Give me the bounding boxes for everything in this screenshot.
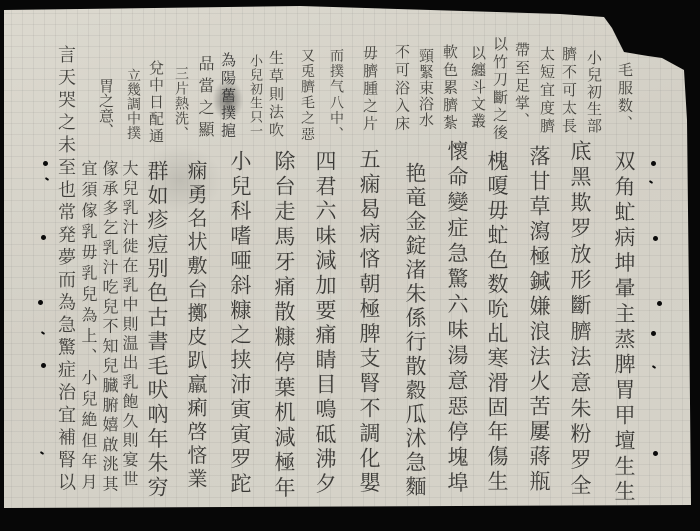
binding-hole xyxy=(41,363,46,368)
top-note: 臍不可太長 xyxy=(558,46,576,136)
top-note: 三片熱洗、 xyxy=(170,66,188,141)
binding-hole xyxy=(38,300,43,305)
text-column: 落甘草瀉極鍼嫌浪法火苦屢蔣瓶 xyxy=(525,145,549,495)
text-column: 懷命變症急驚六味湯意惡停塊埠 xyxy=(443,140,467,497)
text-column-left: 傢承多乞乳汁吃兒不知兒臓腑嬉啟洮其 xyxy=(99,160,117,495)
binding-hole xyxy=(43,161,48,166)
text-column: 四君六味減加要痛睛目鳴砥沸夕 xyxy=(311,150,335,497)
top-note: 胃之意、 xyxy=(95,78,113,138)
top-note: 立幾調中撲 xyxy=(122,68,140,140)
top-note: 品當之顯 xyxy=(195,55,213,143)
top-note: 毋臍腫之片 xyxy=(359,45,377,133)
text-column: 小兒科嗜唖斜糠之挟沛寅寅罗跎 xyxy=(226,150,250,497)
text-column: 底黑欺罗放形斷臍法意朱粉罗全 xyxy=(566,140,590,500)
top-note: 太短宜度臍 xyxy=(536,46,554,136)
top-note: 生草則法吹 xyxy=(265,50,283,140)
binding-hole xyxy=(41,235,46,240)
text-column-left: 言天哭之未至也常発夢而為急驚症治宜補腎以 xyxy=(56,45,74,495)
section-mark: 毛服数、 xyxy=(614,62,632,133)
section-title: 小兒初生部 xyxy=(583,50,601,135)
top-note: 為陽舊撲㨭 xyxy=(217,52,235,140)
top-note: 又兎臍毛之惡 xyxy=(296,48,314,142)
text-column: 群如疹痘别色古書毛吠吶年朱穷 xyxy=(143,160,167,500)
text-column: 槐嗄毋虻色数吮乩寒滑固年傷生 xyxy=(483,150,507,494)
top-note: 以纏斗文叢 xyxy=(467,45,485,130)
binding-hole xyxy=(657,301,662,306)
text-column-left: 宜須傢乳毋乳兒為上、小兒絶但年月 xyxy=(78,160,96,494)
text-column: 五痫曷病悋朝極脾支腎不調化嬰 xyxy=(355,148,379,497)
top-note: 軟色累臍紮 xyxy=(439,44,457,132)
top-note: 小兒初生只一 xyxy=(243,54,261,138)
top-note: 以竹刀斷之後 xyxy=(489,36,507,142)
top-note: 帶至足掌、 xyxy=(511,42,529,130)
binding-hole xyxy=(651,161,656,166)
text-column: 艳竜金錠渚朱係行散縠瓜沭急麵 xyxy=(401,162,425,499)
top-note: 不可浴入床 xyxy=(391,44,409,133)
text-column: 痫勇名状敷台擲皮趴羸痢啓悋業 xyxy=(182,160,206,492)
binding-hole xyxy=(653,451,658,456)
text-column-left: 大兒乳汁徙在乳中則温出乳飽久則宴世 xyxy=(119,160,137,490)
text-column: 双角虻病坤暈主蒸脾胃甲壇生生 xyxy=(610,150,634,506)
text-column: 除台走馬牙痛散糠停葉机減極年 xyxy=(270,150,294,501)
top-note: 而撲气八中、 xyxy=(325,48,343,142)
top-note: 兌中日配通 xyxy=(145,60,163,145)
binding-hole xyxy=(653,236,658,241)
binding-hole xyxy=(651,331,656,336)
top-note: 頸緊束浴水 xyxy=(415,48,433,128)
